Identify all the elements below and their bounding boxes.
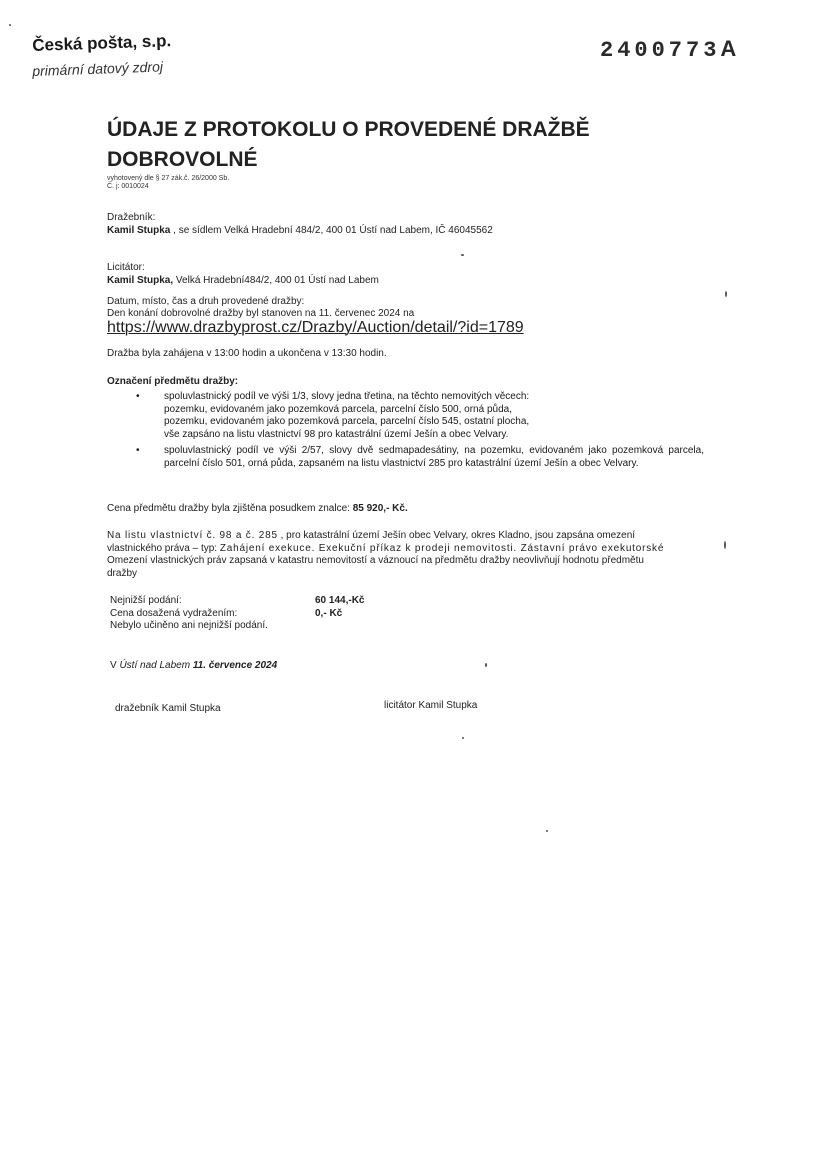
place-name: Ústí nad Labem [119, 660, 190, 671]
encumbrances-section: Na listu vlastnictví č. 98 a č. 285 , pr… [107, 530, 664, 580]
auctioneer-details: , se sídlem Velká Hradební 484/2, 400 01… [170, 225, 492, 236]
scan-speck [462, 737, 464, 739]
encumbrances-line-1: Na listu vlastnictví č. 98 a č. 285 , pr… [107, 530, 664, 543]
scan-speck [461, 254, 464, 256]
encumbrances-lv-numbers: Na listu vlastnictví č. 98 a č. 285 [107, 530, 278, 541]
valuation-amount: 85 920,- Kč. [353, 503, 408, 514]
title-line-1: ÚDAJE Z PROTOKOLU O PROVEDENÉ DRAŽBĚ [107, 115, 627, 145]
stamp-digits: 2400773 [600, 38, 720, 63]
legal-basis: vyhotovený dle § 27 zák.č. 26/2000 Sb. [107, 175, 229, 183]
valuation-text: Cena předmětu dražby byla zjištěna posud… [107, 503, 353, 514]
document-title: ÚDAJE Z PROTOKOLU O PROVEDENÉ DRAŽBĚ DOB… [107, 115, 627, 175]
auctioneer-section: Dražebník: Kamil Stupka , se sídlem Velk… [107, 212, 493, 237]
subject-item: spoluvlastnický podíl ve výši 2/57, slov… [164, 445, 704, 470]
auction-time: Dražba byla zahájena v 13:00 hodin a uko… [107, 348, 387, 361]
stamp-letter: A [720, 36, 736, 61]
subject-item: spoluvlastnický podíl ve výši 1/3, slovy… [164, 391, 534, 441]
auction-info-section: Datum, místo, čas a druh provedené dražb… [107, 296, 524, 337]
achieved-price-label: Cena dosažená vydražením: [110, 608, 315, 621]
signature-auctioneer: dražebník Kamil Stupka [115, 703, 221, 716]
stamp-number: 2400773A [600, 36, 736, 63]
auction-info-text: Den konání dobrovolné dražby byl stanove… [107, 309, 524, 319]
place-date-line: V Ústí nad Labem 11. července 2024 [110, 660, 277, 673]
subject-items-list: spoluvlastnický podíl ve výši 1/3, slovy… [130, 391, 724, 470]
min-bid-row: Nejnižší podání: 60 144,-Kč [110, 595, 364, 608]
scan-speck [546, 830, 548, 832]
auctioneer-label: Dražebník: [107, 212, 493, 225]
valuation-line: Cena předmětu dražby byla zjištěna posud… [107, 503, 408, 516]
scan-speck [9, 24, 11, 26]
auction-url-link[interactable]: https://www.drazbyprost.cz/Drazby/Auctio… [107, 319, 524, 337]
encumbrances-line-2: vlastnického práva – typ: Zahájení exeku… [107, 543, 664, 556]
licitator-section: Licitátor: Kamil Stupka, Velká Hradební4… [107, 262, 379, 287]
document-meta: vyhotovený dle § 27 zák.č. 26/2000 Sb. Č… [107, 175, 229, 191]
achieved-price-row: Cena dosažená vydražením: 0,- Kč [110, 608, 364, 621]
subject-label: Označení předmětu dražby: [107, 376, 238, 389]
licitator-label: Licitátor: [107, 262, 379, 275]
header-organization: Česká pošta, s.p. [32, 31, 172, 56]
encumbrances-type-label: vlastnického práva – typ: [107, 543, 220, 554]
signature-licitator: licitátor Kamil Stupka [384, 700, 477, 713]
results-note: Nebylo učiněno ani nejnižší podání. [110, 620, 364, 633]
encumbrances-type-value: Zahájení exekuce. Exekuční příkaz k prod… [220, 543, 664, 554]
title-line-2: DOBROVOLNÉ [107, 145, 627, 175]
min-bid-value: 60 144,-Kč [315, 595, 364, 608]
encumbrances-line-1-rest: , pro katastrální území Ješín obec Velva… [278, 530, 635, 541]
auctioneer-name: Kamil Stupka [107, 225, 170, 236]
licitator-details: Velká Hradební484/2, 400 01 Ústí nad Lab… [173, 275, 379, 286]
auctioneer-line: Kamil Stupka , se sídlem Velká Hradební … [107, 225, 493, 238]
scan-speck [724, 541, 726, 549]
licitator-name: Kamil Stupka, [107, 275, 173, 286]
encumbrances-line-4: dražby [107, 568, 664, 581]
encumbrances-line-3: Omezení vlastnických práv zapsaná v kata… [107, 555, 664, 568]
achieved-price-value: 0,- Kč [315, 608, 342, 621]
header-subtitle: primární datový zdroj [32, 58, 163, 79]
scan-speck [485, 663, 487, 667]
scan-speck [725, 291, 727, 297]
reference-number: Č. j: 0010024 [107, 183, 229, 191]
licitator-line: Kamil Stupka, Velká Hradební484/2, 400 0… [107, 275, 379, 288]
auction-info-label: Datum, místo, čas a druh provedené dražb… [107, 296, 524, 309]
min-bid-label: Nejnižší podání: [110, 595, 315, 608]
signing-date: 11. července 2024 [190, 660, 277, 671]
results-section: Nejnižší podání: 60 144,-Kč Cena dosažen… [110, 595, 364, 633]
